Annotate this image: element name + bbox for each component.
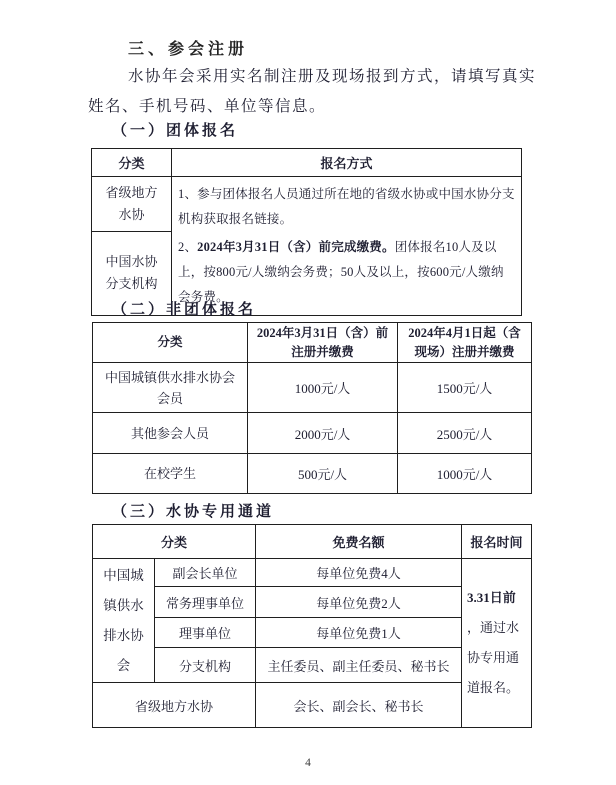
method-item-2-prefix: 2、 bbox=[178, 240, 197, 254]
t3-header-category: 分类 bbox=[93, 525, 256, 559]
t3-row3-category: 理事单位 bbox=[155, 618, 256, 648]
t2-row1-early-fee: 1000元/人 bbox=[248, 363, 398, 413]
t2-row3-early-fee: 500元/人 bbox=[248, 454, 398, 494]
t1-header-method: 报名方式 bbox=[172, 149, 522, 177]
table-row: 中国城镇供水排水协会 副会长单位 每单位免费4人 3.31日前，通过水协专用通道… bbox=[93, 559, 532, 587]
method-item-2-deadline: 2024年3月31日（含）前完成缴费。 bbox=[197, 240, 395, 254]
t3-row2-quota: 每单位免费2人 bbox=[256, 587, 462, 618]
t3-header-time: 报名时间 bbox=[462, 525, 532, 559]
t3-registration-time-cell: 3.31日前，通过水协专用通道报名。 bbox=[462, 559, 532, 728]
t2-header-late-fee: 2024年4月1日起（含现场）注册并缴费 bbox=[398, 323, 532, 363]
t2-row2-late-fee: 2500元/人 bbox=[398, 413, 532, 454]
t2-header-category: 分类 bbox=[93, 323, 248, 363]
t1-category-provincial: 省级地方水协 bbox=[92, 177, 172, 232]
group-registration-table: 分类 报名方式 省级地方水协 1、参与团体报名人员通过所在地的省级水协或中国水协… bbox=[91, 148, 522, 316]
table-row: 其他参会人员 2000元/人 2500元/人 bbox=[93, 413, 532, 454]
t3-row4-quota: 主任委员、副主任委员、秘书长 bbox=[256, 648, 462, 683]
t3-row4-category: 分支机构 bbox=[155, 648, 256, 683]
t2-row3-category: 在校学生 bbox=[93, 454, 248, 494]
table-row: 在校学生 500元/人 1000元/人 bbox=[93, 454, 532, 494]
t3-row3-quota: 每单位免费1人 bbox=[256, 618, 462, 648]
t2-row1-category: 中国城镇供水排水协会会员 bbox=[93, 363, 248, 413]
method-item-1: 1、参与团体报名人员通过所在地的省级水协或中国水协分支机构获取报名链接。 bbox=[178, 182, 516, 232]
t3-time-detail: ，通过水协专用通道报名。 bbox=[467, 620, 519, 695]
t3-time-deadline: 3.31日前 bbox=[467, 590, 516, 605]
t1-header-category: 分类 bbox=[92, 149, 172, 177]
association-channel-table: 分类 免费名额 报名时间 中国城镇供水排水协会 副会长单位 每单位免费4人 3.… bbox=[92, 524, 532, 728]
table-row: 分类 免费名额 报名时间 bbox=[93, 525, 532, 559]
subsection-heading-group: （一）团体报名 bbox=[112, 119, 238, 140]
t3-row5-quota: 会长、副会长、秘书长 bbox=[256, 683, 462, 728]
t3-header-quota: 免费名额 bbox=[256, 525, 462, 559]
subsection-heading-individual: （二）非团体报名 bbox=[112, 298, 256, 319]
document-page: 三、参会注册 水协年会采用实名制注册及现场报到方式，请填写真实姓名、手机号码、单… bbox=[0, 0, 616, 785]
t3-row5-category: 省级地方水协 bbox=[93, 683, 256, 728]
t2-row3-late-fee: 1000元/人 bbox=[398, 454, 532, 494]
table-row: 分类 2024年3月31日（含）前注册并缴费 2024年4月1日起（含现场）注册… bbox=[93, 323, 532, 363]
table-row: 分类 报名方式 bbox=[92, 149, 522, 177]
t2-row2-early-fee: 2000元/人 bbox=[248, 413, 398, 454]
t2-row2-category: 其他参会人员 bbox=[93, 413, 248, 454]
t2-row1-late-fee: 1500元/人 bbox=[398, 363, 532, 413]
section-title: 三、参会注册 bbox=[128, 36, 248, 59]
t3-row1-quota: 每单位免费4人 bbox=[256, 559, 462, 587]
t3-org-cell: 中国城镇供水排水协会 bbox=[93, 559, 155, 683]
subsection-heading-channel: （三）水协专用通道 bbox=[112, 500, 274, 521]
t3-row1-category: 副会长单位 bbox=[155, 559, 256, 587]
t1-method-cell: 1、参与团体报名人员通过所在地的省级水协或中国水协分支机构获取报名链接。 2、2… bbox=[172, 177, 522, 316]
t2-header-early-fee: 2024年3月31日（含）前注册并缴费 bbox=[248, 323, 398, 363]
intro-paragraph: 水协年会采用实名制注册及现场报到方式，请填写真实姓名、手机号码、单位等信息。 bbox=[88, 62, 543, 122]
t3-row2-category: 常务理事单位 bbox=[155, 587, 256, 618]
individual-registration-table: 分类 2024年3月31日（含）前注册并缴费 2024年4月1日起（含现场）注册… bbox=[92, 322, 532, 494]
table-row: 省级地方水协 1、参与团体报名人员通过所在地的省级水协或中国水协分支机构获取报名… bbox=[92, 177, 522, 232]
table-row: 中国城镇供水排水协会会员 1000元/人 1500元/人 bbox=[93, 363, 532, 413]
page-number: 4 bbox=[0, 757, 616, 769]
